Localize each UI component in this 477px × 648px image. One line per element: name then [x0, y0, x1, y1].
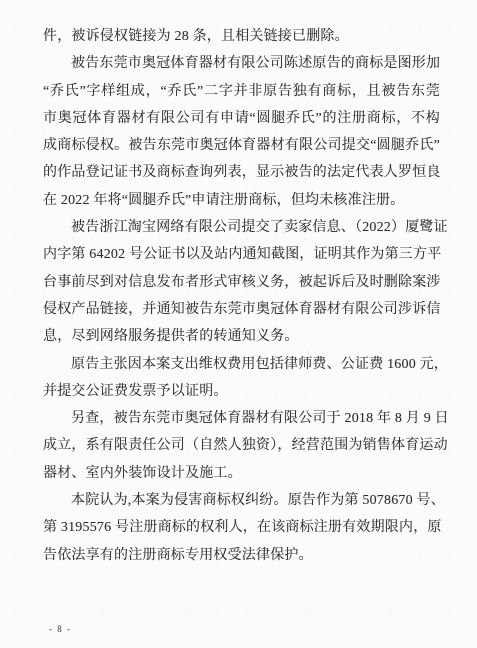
text-line: 另查，被告东莞市奥冠体育器材有限公司于 2018 年 8 月 9 日	[43, 405, 440, 432]
text-line: 并提交公证费发票予以证明。	[43, 378, 440, 405]
text-line: 内字第 64202 号公证书以及站内通知截图，证明其作为第三方平	[43, 241, 440, 268]
text-line: 告依法享有的注册商标专用权受法律保护。	[43, 542, 440, 569]
document-body: 件，被诉侵权链接为 28 条，且相关链接已删除。 被告东莞市奥冠体育器材有限公司…	[43, 23, 440, 569]
text-line: 件，被诉侵权链接为 28 条，且相关链接已删除。	[43, 23, 440, 50]
text-line: “乔氏”字样组成，“乔氏”二字并非原告独有商标，且被告东莞	[43, 78, 440, 105]
text-line: 被告浙江淘宝网络有限公司提交了卖家信息、（2022）厦鹭证	[43, 214, 440, 241]
text-line: 本院认为,本案为侵害商标权纠纷。原告作为第 5078670 号、	[43, 487, 440, 514]
text-line: 的作品登记证书及商标查询列表，显示被告的法定代表人罗恒良	[43, 159, 440, 186]
text-line: 息，尽到网络服务提供者的转通知义务。	[43, 323, 440, 350]
text-line: 被告东莞市奥冠体育器材有限公司陈述原告的商标是图形加	[43, 50, 440, 77]
scanned-document-page: 件，被诉侵权链接为 28 条，且相关链接已删除。 被告东莞市奥冠体育器材有限公司…	[0, 0, 477, 648]
text-line: 原告主张因本案支出维权费用包括律师费、公证费 1600 元，	[43, 351, 440, 378]
text-line: 成商标侵权。被告东莞市奥冠体育器材有限公司提交“圆腿乔氏”	[43, 132, 440, 159]
text-line: 侵权产品链接，并通知被告东莞市奥冠体育器材有限公司涉诉信	[43, 296, 440, 323]
page-number: - 8 -	[49, 624, 72, 634]
text-line: 台事前尽到对信息发布者形式审核义务，被起诉后及时删除案涉	[43, 269, 440, 296]
text-line: 成立，系有限责任公司（自然人独资），经营范围为销售体育运动	[43, 432, 440, 459]
text-line: 第 3195576 号注册商标的权利人，在该商标注册有效期限内，原	[43, 514, 440, 541]
text-line: 在 2022 年将“圆腿乔氏”申请注册商标，但均未核准注册。	[43, 187, 440, 214]
text-line: 器材、室内外装饰设计及施工。	[43, 460, 440, 487]
text-line: 市奥冠体育器材有限公司有申请“圆腿乔氏”的注册商标，不构	[43, 105, 440, 132]
